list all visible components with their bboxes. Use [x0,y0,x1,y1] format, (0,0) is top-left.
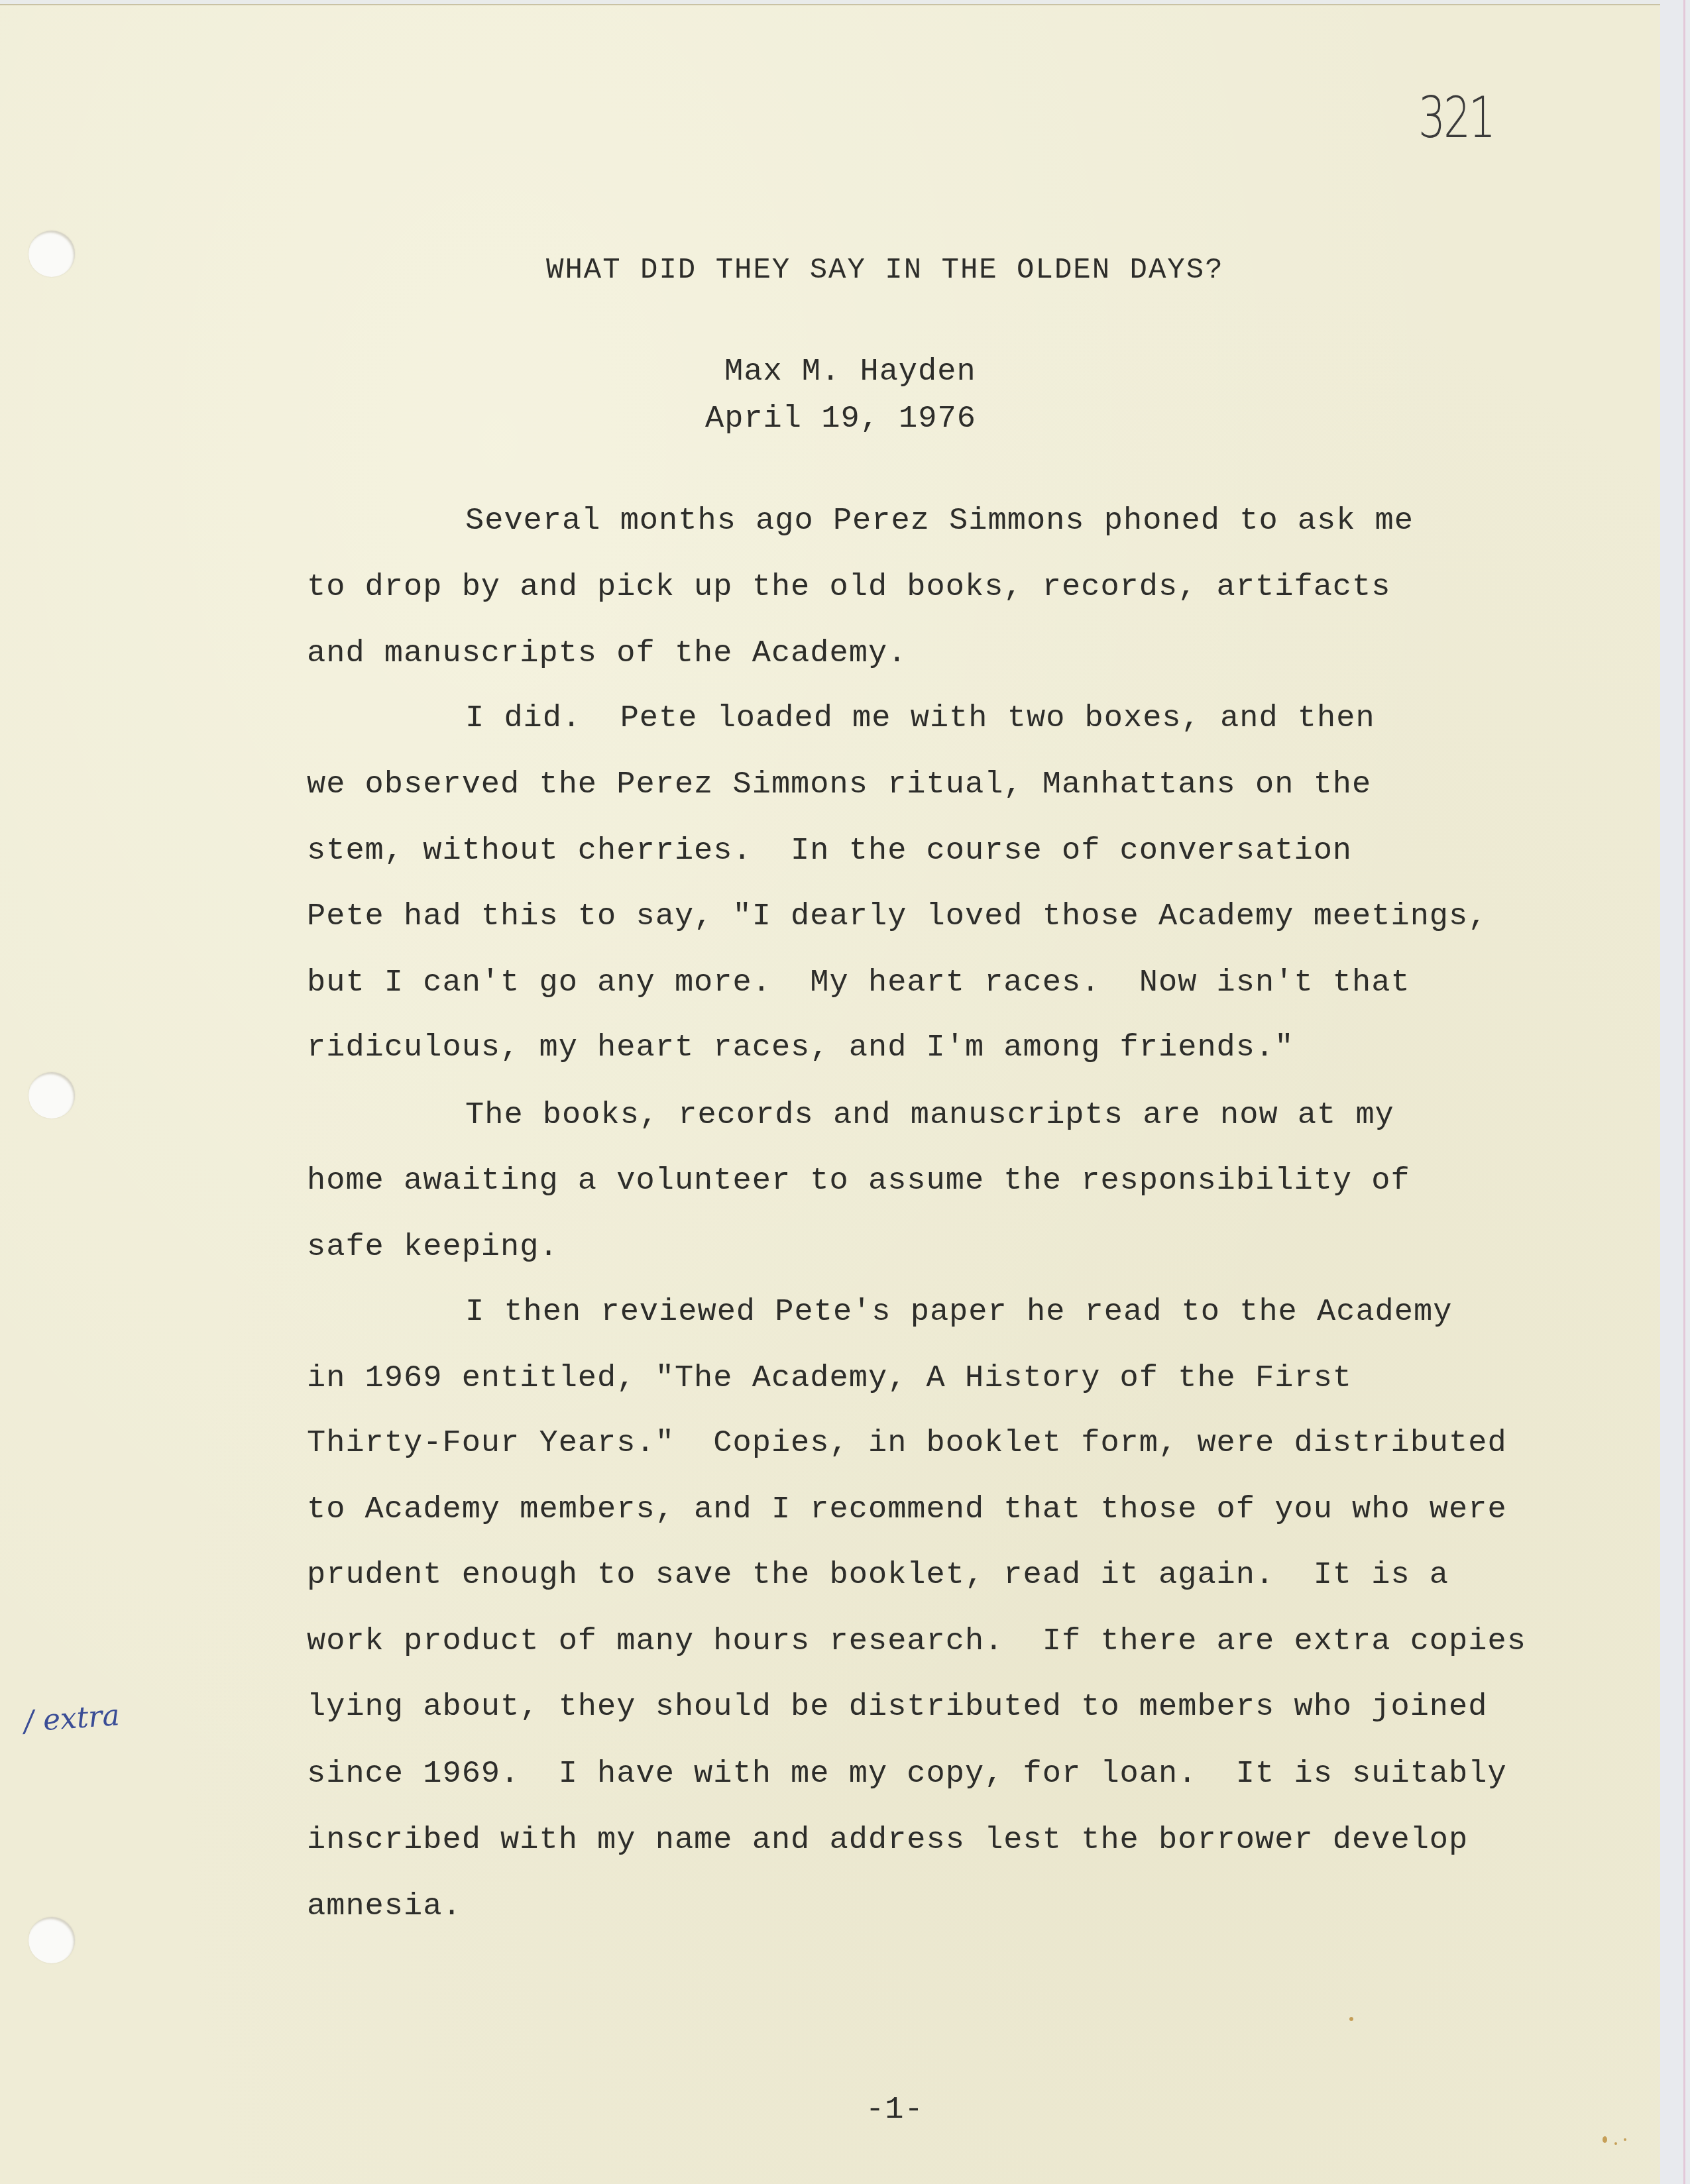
body-line: we observed the Perez Simmons ritual, Ma… [307,769,1371,800]
foxing-spot [1624,2138,1626,2141]
document-page: 321 WHAT DID THEY SAY IN THE OLDEN DAYS?… [0,4,1660,2184]
document-title: WHAT DID THEY SAY IN THE OLDEN DAYS? [546,256,1224,285]
body-line: in 1969 entitled, "The Academy, A Histor… [307,1363,1352,1394]
body-line: safe keeping. [307,1232,559,1263]
body-line: to drop by and pick up the old books, re… [307,572,1390,603]
punch-hole-middle [28,1072,75,1119]
punch-hole-top [28,231,75,277]
footer-page-number: -1- [866,2095,924,2126]
handwritten-page-number: 321 [1418,85,1494,151]
body-line: and manuscripts of the Academy. [307,638,907,669]
body-line: work product of many hours research. If … [307,1626,1526,1657]
body-line: ridiculous, my heart races, and I'm amon… [307,1032,1294,1064]
foxing-spot [1603,2136,1607,2143]
body-line: Pete had this to say, "I dearly loved th… [307,901,1487,932]
document-date: April 19, 1976 [705,404,976,435]
scanner-edge [1660,0,1690,2184]
author-name: Max M. Hayden [724,356,976,388]
body-line: stem, without cherries. In the course of… [307,836,1352,867]
body-line: Thirty-Four Years." Copies, in booklet f… [307,1428,1507,1459]
body-line: Several months ago Perez Simmons phoned … [465,506,1414,537]
body-line: amnesia. [307,1891,462,1922]
body-line: prudent enough to save the booklet, read… [307,1560,1449,1591]
body-line: inscribed with my name and address lest … [307,1825,1468,1856]
body-line: to Academy members, and I recommend that… [307,1494,1507,1525]
punch-hole-bottom [28,1917,75,1963]
handwritten-margin-note: / extra [23,1698,121,1739]
scanner-edge-line [1683,0,1685,2184]
body-line: I did. Pete loaded me with two boxes, an… [465,703,1375,734]
foxing-spot [1349,2017,1353,2021]
body-line: The books, records and manuscripts are n… [465,1100,1394,1131]
body-line: but I can't go any more. My heart races.… [307,967,1410,999]
body-line: I then reviewed Pete's paper he read to … [465,1297,1452,1328]
body-line: lying about, they should be distributed … [307,1692,1487,1723]
body-line: home awaiting a volunteer to assume the … [307,1166,1410,1197]
body-line: since 1969. I have with me my copy, for … [307,1759,1507,1790]
foxing-spot [1614,2142,1617,2145]
